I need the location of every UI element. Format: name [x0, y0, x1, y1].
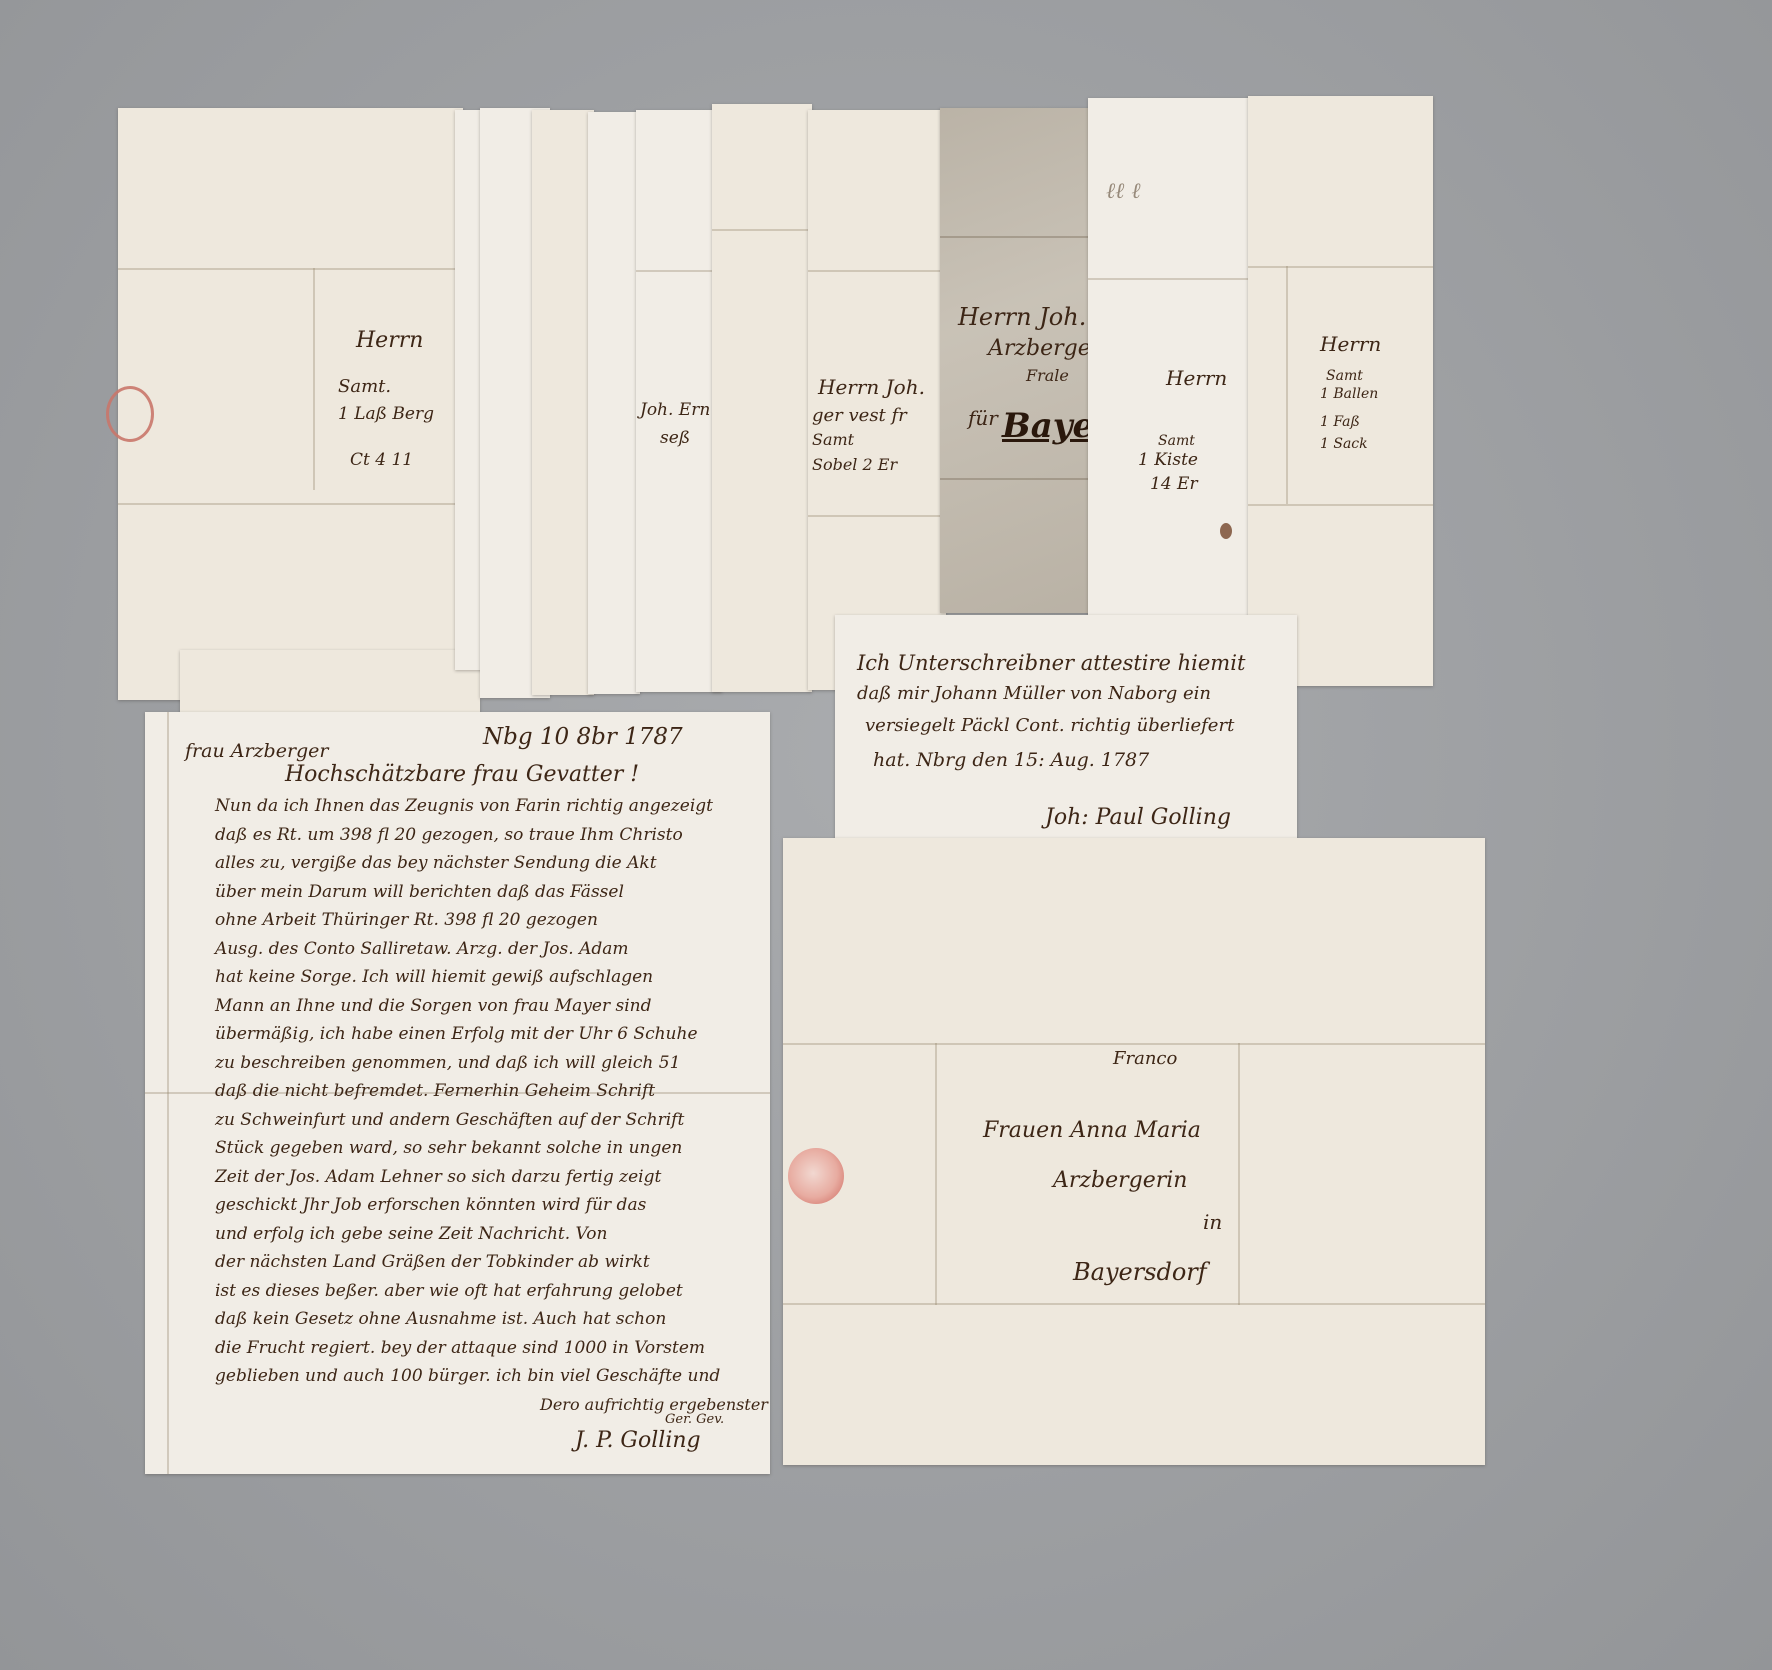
body-line: und erfolg ich gebe seine Zeit Nachricht…	[215, 1224, 755, 1253]
line: Samt	[812, 430, 854, 449]
body-line: daß es Rt. um 398 fl 20 gezogen, so trau…	[215, 825, 755, 854]
line: Frale	[1026, 366, 1069, 385]
body-line: Nun da ich Ihnen das Zeugnis von Farin r…	[215, 796, 755, 825]
folded-letter-stack-left: Herrn Samt. 1 Laß Berg Ct 4 11	[118, 108, 463, 700]
salutation: Hochschätzbare frau Gevatter !	[285, 762, 639, 787]
letter-body: Nun da ich Ihnen das Zeugnis von Farin r…	[215, 796, 755, 1395]
envelope-recipient: Frauen Anna Maria	[983, 1118, 1201, 1143]
red-wax-seal	[788, 1148, 844, 1204]
line: Samt	[1158, 433, 1195, 449]
folded-letter-middle: Joh. Ern seß	[636, 110, 722, 692]
receipt-date: hat. Nbrg den 15: Aug. 1787	[873, 749, 1149, 771]
letter-signature: J. P. Golling	[575, 1428, 701, 1453]
body-line: daß kein Gesetz ohne Ausnahme ist. Auch …	[215, 1309, 755, 1338]
envelope-franco: Franco	[1113, 1048, 1177, 1069]
body-line: Stück gegeben ward, so sehr bekannt solc…	[215, 1138, 755, 1167]
address-herrn: Herrn	[1320, 332, 1381, 356]
line: seß	[660, 428, 690, 448]
line: 1 Sack	[1320, 436, 1368, 452]
line: Samt.	[338, 376, 391, 397]
line: Joh. Ern	[640, 400, 710, 420]
line: 14 Er	[1150, 474, 1198, 494]
line: Ct 4 11	[350, 450, 413, 470]
line: Samt	[1326, 368, 1363, 384]
closing-suffix: Ger. Gev.	[665, 1412, 724, 1427]
folded-letter-narrow	[712, 104, 812, 692]
line: für	[968, 406, 998, 430]
body-line: über mein Darum will berichten daß das F…	[215, 882, 755, 911]
wax-seal-remnant	[106, 386, 154, 442]
receipt-line: Ich Unterschreibner attestire hiemit	[857, 651, 1245, 675]
folded-letter-kiste: ℓℓ ℓ Herrn Samt 1 Kiste 14 Er	[1088, 98, 1263, 618]
line: 1 Ballen	[1320, 386, 1378, 402]
folded-letter-narrow	[588, 112, 640, 694]
body-line: übermäßig, ich habe einen Erfolg mit der…	[215, 1024, 755, 1053]
folded-letter-narrow	[532, 110, 594, 695]
body-line: alles zu, vergiße das bey nächster Sendu…	[215, 853, 755, 882]
body-line: daß die nicht befremdet. Fernerhin Gehei…	[215, 1081, 755, 1110]
ink-stain	[1220, 523, 1232, 539]
line: 1 Faß	[1320, 414, 1360, 430]
recipient-name: Arzberger	[988, 336, 1101, 361]
closing: Dero aufrichtig ergebenster	[540, 1395, 768, 1414]
folded-letter-ballen: Herrn Samt 1 Ballen 1 Faß 1 Sack	[1248, 96, 1433, 686]
address-herrn: Herrn Joh.	[818, 375, 925, 399]
body-line: Mann an Ihne und die Sorgen von frau May…	[215, 996, 755, 1025]
long-letter: frau Arzberger Nbg 10 8br 1787 Hochschät…	[145, 712, 770, 1474]
faint-writing: ℓℓ ℓ	[1106, 178, 1140, 204]
envelope-in: in	[1203, 1210, 1222, 1234]
paper-underlay	[180, 650, 480, 715]
body-line: ist es dieses beßer. aber wie oft hat er…	[215, 1281, 755, 1310]
body-line: geschickt Jhr Job erforschen könnten wir…	[215, 1195, 755, 1224]
body-line: zu Schweinfurt und andern Geschäften auf…	[215, 1110, 755, 1139]
envelope-destination: Bayersdorf	[1073, 1258, 1207, 1286]
line: Sobel 2 Er	[812, 455, 897, 474]
receipt-line: daß mir Johann Müller von Naborg ein	[857, 683, 1211, 704]
body-line: Zeit der Jos. Adam Lehner so sich darzu …	[215, 1167, 755, 1196]
date-line: Nbg 10 8br 1787	[483, 724, 683, 750]
envelope: Franco Frauen Anna Maria Arzbergerin in …	[783, 838, 1485, 1465]
body-line: hat keine Sorge. Ich will hiemit gewiß a…	[215, 967, 755, 996]
body-line: der nächsten Land Gräßen der Tobkinder a…	[215, 1252, 755, 1281]
body-line: zu beschreiben genommen, und daß ich wil…	[215, 1053, 755, 1082]
body-line: geblieben und auch 100 bürger. ich bin v…	[215, 1366, 755, 1395]
recipient-note: frau Arzberger	[185, 740, 329, 762]
line: 1 Kiste	[1138, 450, 1198, 470]
folded-letter-herrn-joh: Herrn Joh. ger vest fr Samt Sobel 2 Er	[808, 110, 946, 690]
envelope-surname: Arzbergerin	[1053, 1168, 1187, 1193]
receipt-line: versiegelt Päckl Cont. richtig überliefe…	[865, 715, 1234, 736]
line: ger vest fr	[812, 405, 907, 426]
receipt-signature: Joh: Paul Golling	[1045, 805, 1231, 830]
body-line: Ausg. des Conto Salliretaw. Arzg. der Jo…	[215, 939, 755, 968]
line: 1 Laß Berg	[338, 404, 434, 424]
address-herrn: Herrn	[356, 328, 423, 353]
body-line: ohne Arbeit Thüringer Rt. 398 fl 20 gezo…	[215, 910, 755, 939]
address-herrn: Herrn	[1166, 366, 1227, 390]
body-line: die Frucht regiert. bey der attaque sind…	[215, 1338, 755, 1367]
address-herrn-joh: Herrn Joh.	[958, 303, 1086, 331]
